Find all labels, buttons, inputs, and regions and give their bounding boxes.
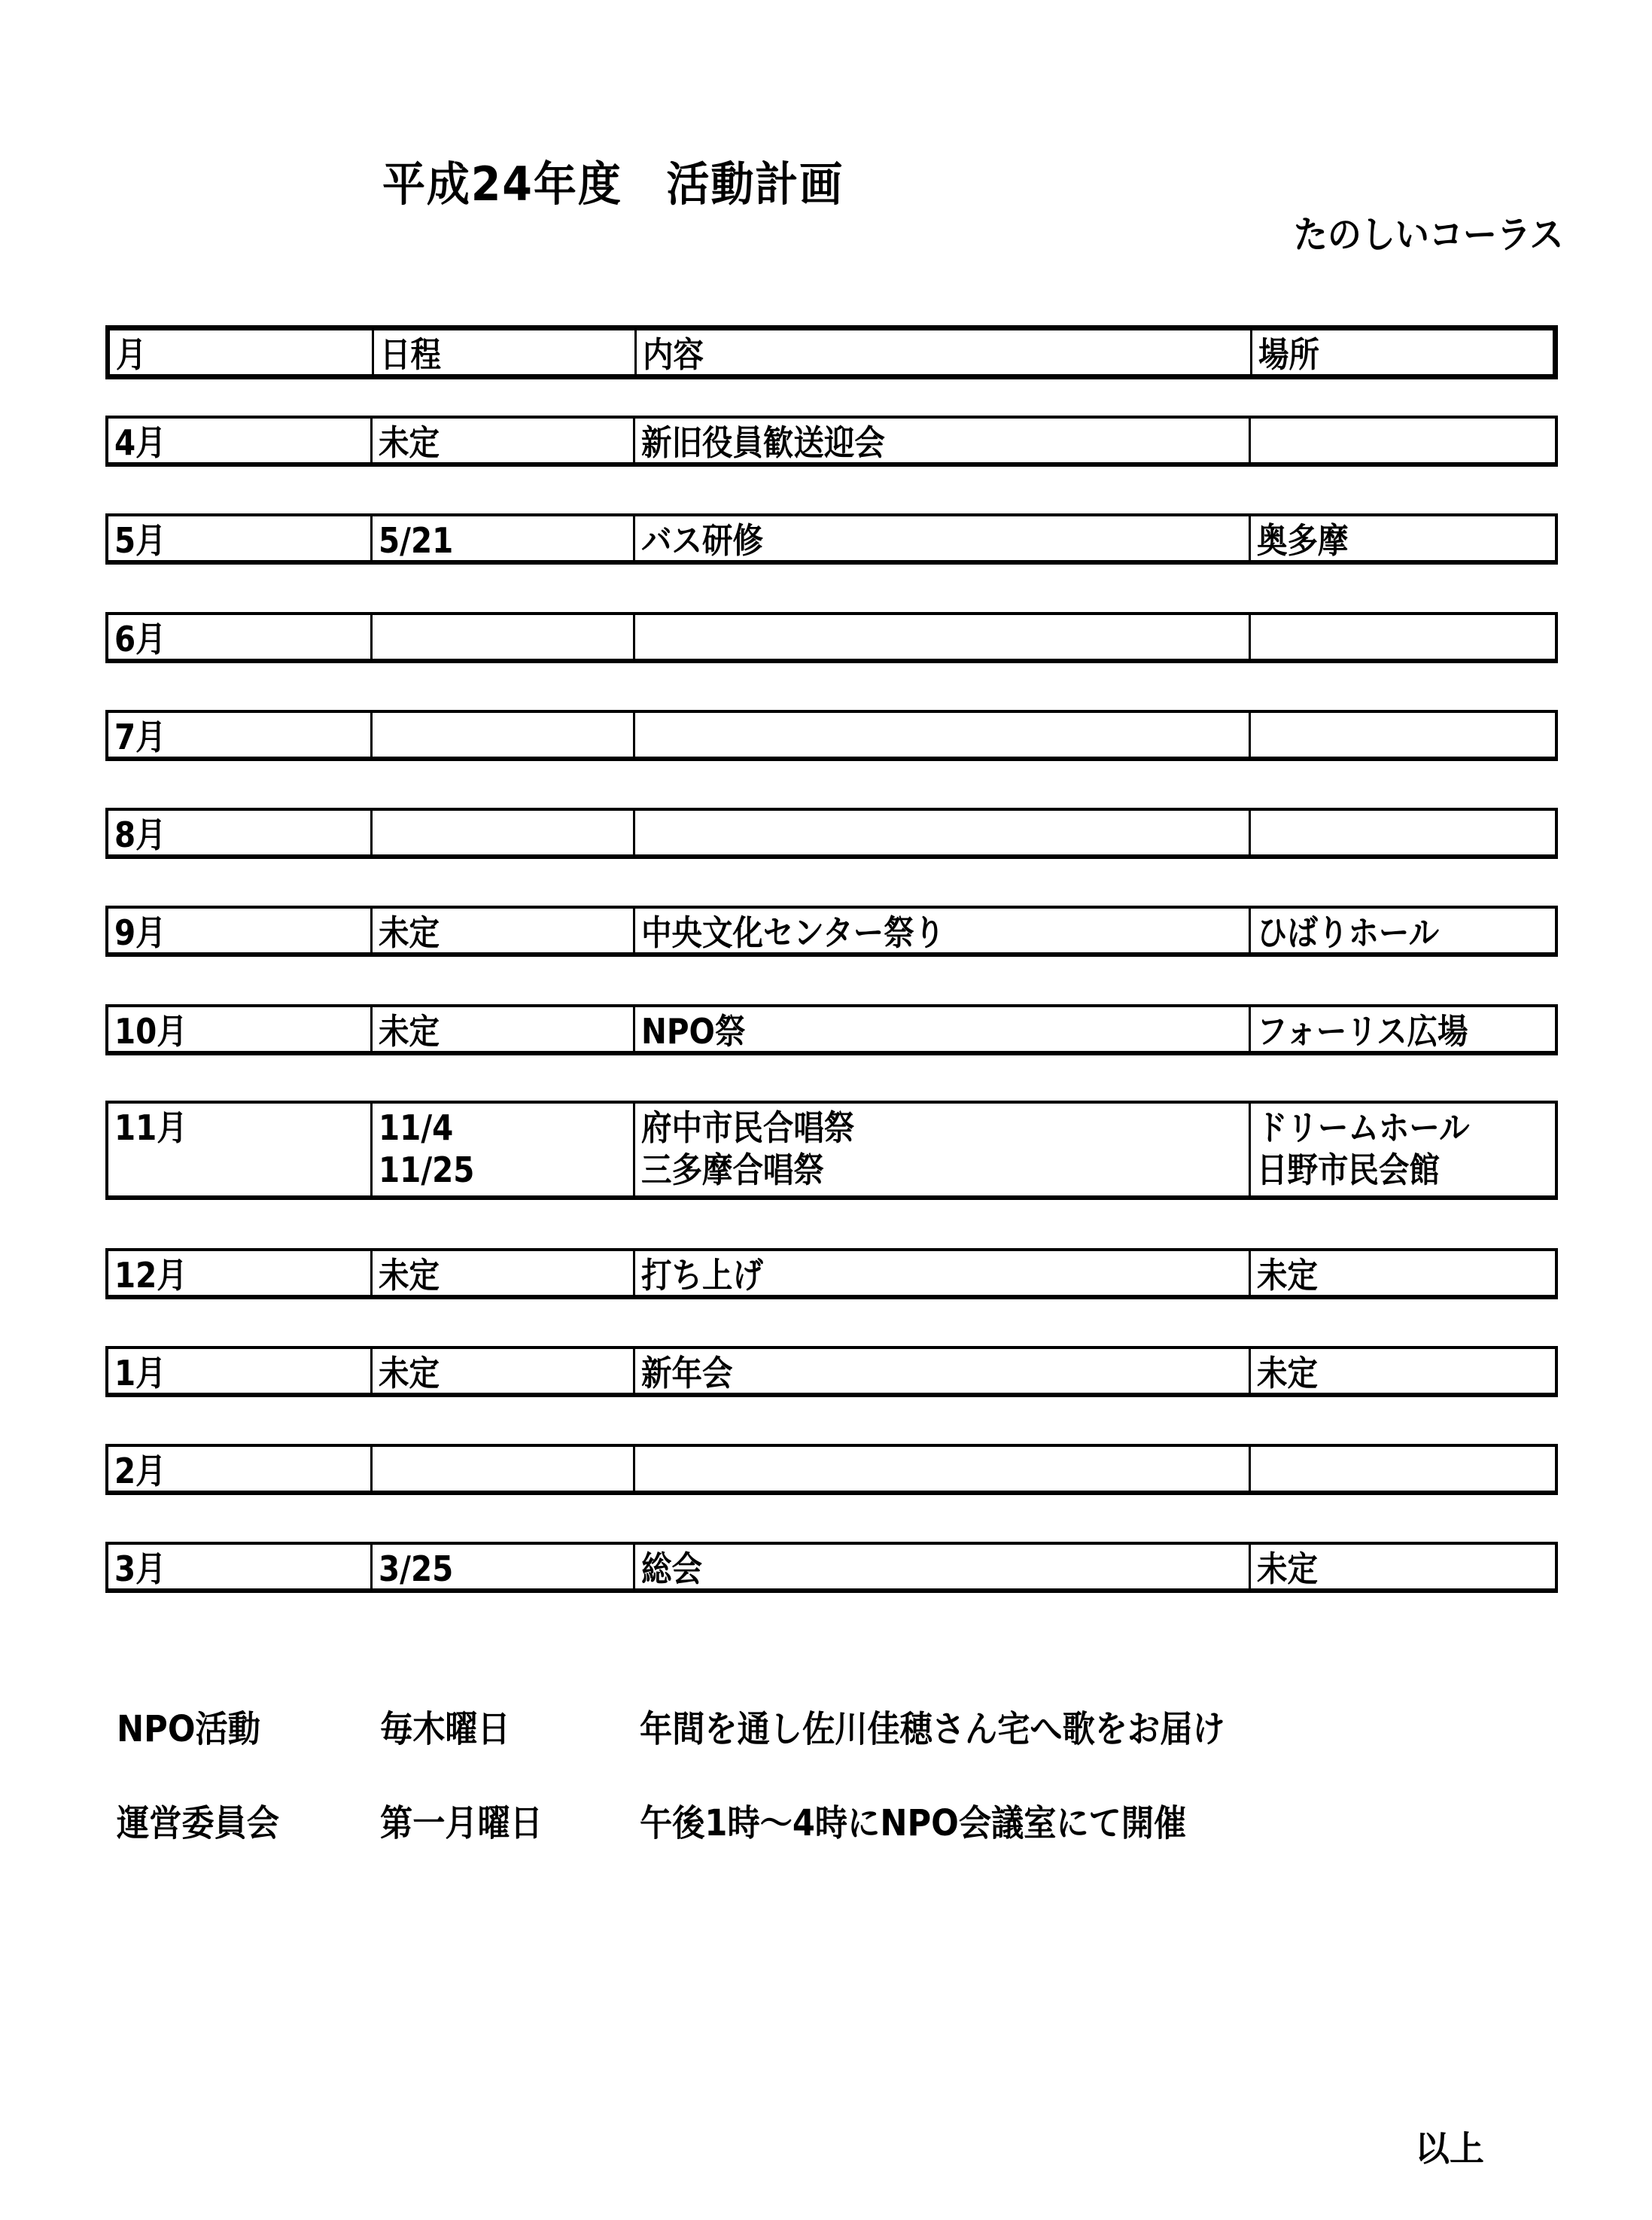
cell-month: 8月 (108, 811, 373, 854)
organization-name: たのしいコーラス (1293, 205, 1563, 259)
cell-month: 10月 (108, 1007, 373, 1051)
cell-date (373, 713, 635, 757)
cell-content: バス研修 (635, 516, 1251, 560)
document-title: 平成24年度 活動計画 (382, 147, 844, 214)
table-row: 1月未定新年会未定 (105, 1346, 1558, 1397)
note-steering-committee: 運営委員会 第一月曜日 午後1時～4時にNPO会議室にて開催 (117, 1794, 1247, 1846)
cell-content (635, 1447, 1251, 1491)
cell-month: 9月 (108, 909, 373, 952)
cell-month: 2月 (108, 1447, 373, 1491)
cell-date (373, 811, 635, 854)
table-row: 6月 (105, 612, 1558, 663)
cell-date: 未定 (373, 1251, 635, 1295)
cell-date: 未定 (373, 1349, 635, 1393)
table-row: 10月未定NPO祭フォーリス広場 (105, 1004, 1558, 1055)
table-row: 2月 (105, 1444, 1558, 1495)
cell-place: 奥多摩 (1251, 516, 1555, 560)
cell-place: 未定 (1251, 1349, 1555, 1393)
header-content: 内容 (637, 330, 1252, 374)
header-month: 月 (110, 330, 374, 374)
cell-month: 5月 (108, 516, 373, 560)
table-row: 5月5/21バス研修奥多摩 (105, 513, 1558, 565)
closing-mark: 以上 (1415, 2121, 1484, 2171)
cell-content: 新旧役員歓送迎会 (635, 419, 1251, 462)
cell-place: ひばりホール (1251, 909, 1555, 952)
cell-content: 府中市民合唱祭 三多摩合唱祭 (635, 1104, 1251, 1195)
cell-place: フォーリス広場 (1251, 1007, 1555, 1051)
table-header: 月 日程 内容 場所 (105, 325, 1558, 379)
header-date: 日程 (374, 330, 637, 374)
note-schedule: 第一月曜日 (380, 1794, 543, 1846)
cell-place (1251, 811, 1555, 854)
cell-date: 未定 (373, 909, 635, 952)
cell-place (1251, 419, 1555, 462)
note-description: 年間を通し佐川佳穂さん宅へ歌をお届け (640, 1700, 1225, 1752)
table-row: 7月 (105, 710, 1558, 761)
cell-content (635, 615, 1251, 659)
cell-date: 未定 (373, 1007, 635, 1051)
table-row: 11月11/4 11/25府中市民合唱祭 三多摩合唱祭ドリームホール 日野市民会… (105, 1101, 1558, 1200)
table-row: 4月未定新旧役員歓送迎会 (105, 416, 1558, 467)
cell-place: 未定 (1251, 1545, 1555, 1588)
cell-content: 打ち上げ (635, 1251, 1251, 1295)
note-description: 午後1時～4時にNPO会議室にて開催 (640, 1794, 1186, 1846)
cell-month: 12月 (108, 1251, 373, 1295)
cell-date (373, 1447, 635, 1491)
cell-content: NPO祭 (635, 1007, 1251, 1051)
cell-month: 1月 (108, 1349, 373, 1393)
table-row: 9月未定中央文化センター祭りひばりホール (105, 906, 1558, 957)
cell-content: 中央文化センター祭り (635, 909, 1251, 952)
note-label: 運営委員会 (117, 1794, 279, 1846)
cell-content: 新年会 (635, 1349, 1251, 1393)
cell-month: 7月 (108, 713, 373, 757)
cell-date: 3/25 (373, 1545, 635, 1588)
cell-place: 未定 (1251, 1251, 1555, 1295)
note-schedule: 毎木曜日 (380, 1700, 510, 1752)
note-label: NPO活動 (117, 1700, 260, 1752)
cell-month: 4月 (108, 419, 373, 462)
header-place: 場所 (1252, 330, 1553, 374)
cell-place: ドリームホール 日野市民会館 (1251, 1104, 1555, 1195)
cell-content (635, 811, 1251, 854)
table-row: 3月3/25総会未定 (105, 1542, 1558, 1593)
cell-place (1251, 615, 1555, 659)
cell-month: 3月 (108, 1545, 373, 1588)
cell-content: 総会 (635, 1545, 1251, 1588)
note-npo-activity: NPO活動 毎木曜日 年間を通し佐川佳穂さん宅へ歌をお届け (117, 1700, 1290, 1752)
cell-month: 11月 (108, 1104, 373, 1195)
cell-date: 11/4 11/25 (373, 1104, 635, 1195)
cell-date (373, 615, 635, 659)
cell-place (1251, 713, 1555, 757)
cell-content (635, 713, 1251, 757)
cell-month: 6月 (108, 615, 373, 659)
cell-date: 5/21 (373, 516, 635, 560)
table-row: 12月未定打ち上げ未定 (105, 1248, 1558, 1299)
cell-place (1251, 1447, 1555, 1491)
cell-date: 未定 (373, 419, 635, 462)
table-row: 8月 (105, 808, 1558, 859)
